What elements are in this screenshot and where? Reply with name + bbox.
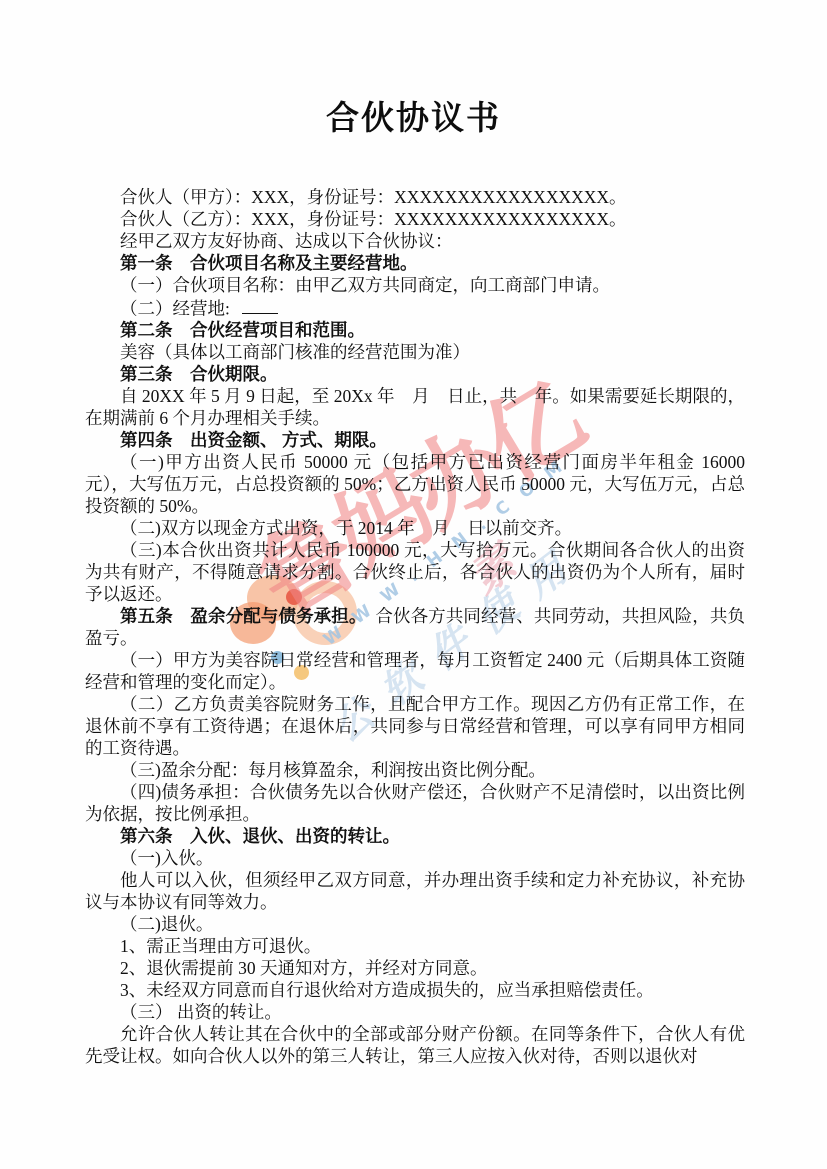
body-paragraph: 自 20XX 年 5 月 9 日起，至 20Xx 年 月 日止，共 年。如果需要…	[85, 385, 745, 429]
body-paragraph: （一)入伙。	[85, 847, 745, 869]
body-paragraph: 允许合伙人转让其在合伙中的全部或部分财产份额。在同等条件下，合伙人有优先受让权。…	[85, 1023, 745, 1067]
document-page: 鲁妈办亿 WWW.HN.COM 公软件使用 素 合伙协议书 合伙人（甲方）：XX…	[0, 0, 827, 1169]
fill-in-blank-underline	[242, 296, 278, 315]
body-paragraph: （三)本合伙出资共计人民币 100000 元，大写拾万元。合伙期间各合伙人的出资…	[85, 539, 745, 605]
clause-heading-text: 第四条 出资金额、 方式、期限。	[120, 430, 387, 450]
body-paragraph: （三） 出资的转让。	[85, 1001, 745, 1023]
document-content: 合伙协议书 合伙人（甲方）：XXX，身份证号：XXXXXXXXXXXXXXXXX…	[0, 0, 827, 1067]
clause-heading-text: 第五条 盈余分配与债务承担。	[120, 606, 358, 626]
body-paragraph: （二)退伙。	[85, 913, 745, 935]
clause-heading-text: 第一条 合伙项目名称及主要经营地。	[120, 253, 418, 273]
body-paragraph: （二）乙方负责美容院财务工作，且配合甲方工作。现因乙方仍有正常工作，在退休前不享…	[85, 693, 745, 759]
document-body: 合伙人（甲方）：XXX，身份证号：XXXXXXXXXXXXXXXXX。合伙人（乙…	[0, 186, 827, 1068]
body-paragraph: 合伙人（甲方）：XXX，身份证号：XXXXXXXXXXXXXXXXX。	[85, 186, 745, 208]
body-paragraph: 2、退伙需提前 30 天通知对方，并经对方同意。	[85, 957, 745, 979]
clause-heading-text: 第三条 合伙期限。	[120, 364, 278, 384]
body-paragraph: （四)债务承担：合伙债务先以合伙财产偿还，合伙财产不足清偿时，以出资比例为依据，…	[85, 781, 745, 825]
body-paragraph: （一)甲方出资人民币 50000 元（包括甲方已出资经营门面房半年租金 1600…	[85, 451, 745, 517]
clause-heading-paragraph: 第二条 合伙经营项目和范围。	[85, 319, 745, 341]
body-paragraph: （一）甲方为美容院日常经营和管理者，每月工资暂定 2400 元（后期具体工资随经…	[85, 649, 745, 693]
body-paragraph: （一）合伙项目名称：由甲乙双方共同商定，向工商部门申请。	[85, 274, 745, 296]
clause-heading-paragraph: 第四条 出资金额、 方式、期限。	[85, 429, 745, 451]
body-paragraph: 他人可以入伙，但须经甲乙双方同意，并办理出资手续和定力补充协议，补充协议与本协议…	[85, 869, 745, 913]
clause-heading-text: 第六条 入伙、退伙、出资的转让。	[120, 826, 400, 846]
body-paragraph: 美容（具体以工商部门核准的经营范围为准）	[85, 341, 745, 363]
clause-heading-paragraph: 第一条 合伙项目名称及主要经营地。	[85, 252, 745, 274]
clause-heading-text: 第二条 合伙经营项目和范围。	[120, 320, 365, 340]
body-paragraph: （二）经营地:	[85, 296, 745, 320]
body-paragraph: 经甲乙双方友好协商、达成以下合伙协议：	[85, 230, 745, 252]
clause-heading-paragraph: 第三条 合伙期限。	[85, 363, 745, 385]
body-paragraph: 合伙人（乙方）：XXX，身份证号：XXXXXXXXXXXXXXXXX。	[85, 208, 745, 230]
body-paragraph: （二)双方以现金方式出资，于 2014 年 月 日以前交齐。	[85, 517, 745, 539]
document-title: 合伙协议书	[0, 0, 827, 140]
body-paragraph: 1、需正当理由方可退伙。	[85, 935, 745, 957]
body-paragraph: 3、未经双方同意而自行退伙给对方造成损失的，应当承担赔偿责任。	[85, 979, 745, 1001]
body-paragraph: （三)盈余分配：每月核算盈余，利润按出资比例分配。	[85, 759, 745, 781]
clause-heading-paragraph: 第五条 盈余分配与债务承担。 合伙各方共同经营、共同劳动，共担风险，共负盈亏。	[85, 605, 745, 649]
clause-heading-paragraph: 第六条 入伙、退伙、出资的转让。	[85, 825, 745, 847]
